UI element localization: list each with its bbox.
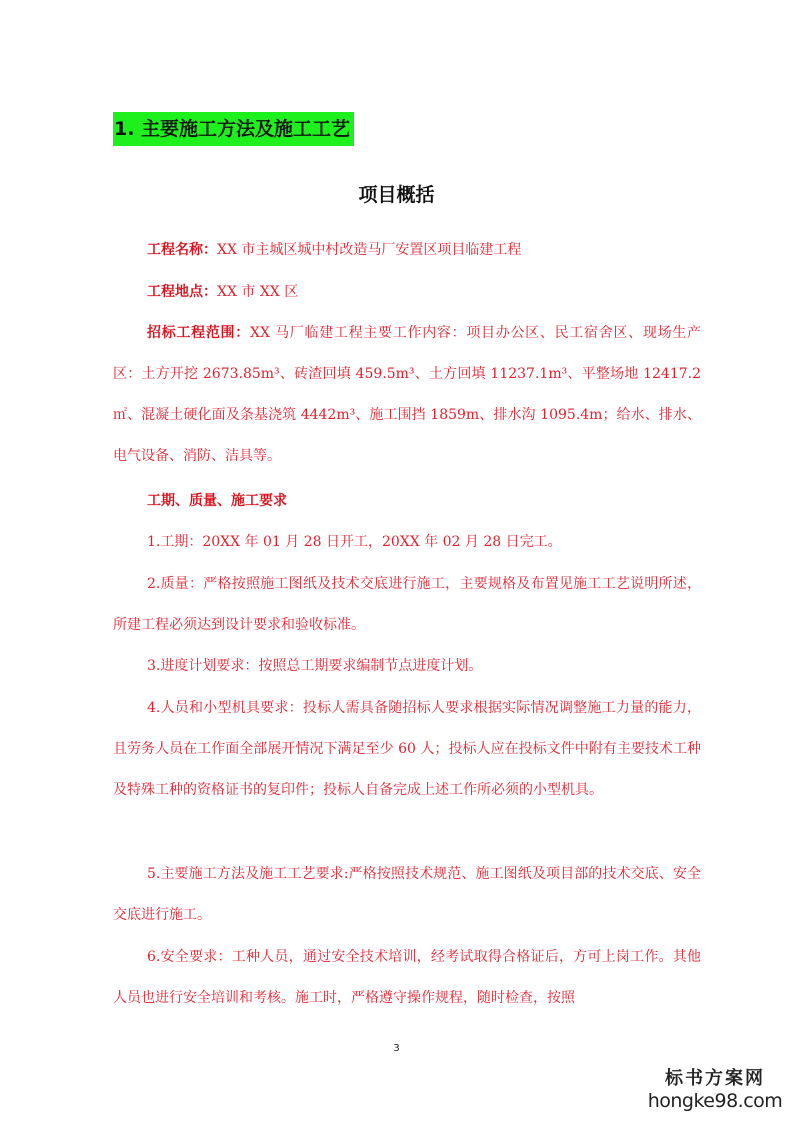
project-name-label: 工程名称： bbox=[147, 242, 217, 258]
requirements-heading: 工期、质量、施工要求 bbox=[113, 481, 701, 522]
requirement-item: 6.安全要求：工种人员，通过安全技术培训，经考试取得合格证后，方可上岗工作。其他… bbox=[113, 937, 701, 1019]
tender-scope-value: XX 马厂临建工程主要工作内容：项目办公区、民工宿舍区、现场生产区：土方开挖 2… bbox=[113, 325, 701, 464]
watermark: 标书方案网 hongke98.com bbox=[640, 1068, 790, 1112]
project-location-label: 工程地点： bbox=[147, 284, 217, 300]
requirement-item: 3.进度计划要求：按照总工期要求编制节点进度计划。 bbox=[113, 646, 701, 687]
section-heading: 1. 主要施工方法及施工工艺 bbox=[113, 112, 354, 146]
watermark-title: 标书方案网 bbox=[640, 1068, 790, 1090]
tender-scope-label: 招标工程范围： bbox=[147, 325, 250, 341]
document-page: 1. 主要施工方法及施工工艺 项目概括 工程名称：XX 市主城区城中村改造马厂安… bbox=[0, 0, 793, 1122]
page-number: 3 bbox=[0, 1043, 793, 1054]
requirement-item: 4.人员和小型机具要求：投标人需具备随招标人要求根据实际情况调整施工力量的能力，… bbox=[113, 688, 701, 811]
requirement-item: 5.主要施工方法及施工工艺要求:严格按照技术规范、施工图纸及项目部的技术交底、安… bbox=[113, 854, 701, 936]
project-location: 工程地点：XX 市 XX 区 bbox=[113, 272, 701, 313]
page-title: 项目概括 bbox=[0, 180, 793, 207]
requirement-item: 1.工期：20XX 年 01 月 28 日开工，20XX 年 02 月 28 日… bbox=[113, 522, 701, 563]
project-name-value: XX 市主城区城中村改造马厂安置区项目临建工程 bbox=[217, 242, 521, 258]
requirement-item: 2.质量：严格按照施工图纸及技术交底进行施工，主要规格及布置见施工工艺说明所述，… bbox=[113, 564, 701, 646]
project-name: 工程名称：XX 市主城区城中村改造马厂安置区项目临建工程 bbox=[113, 230, 701, 271]
watermark-url: hongke98.com bbox=[640, 1090, 790, 1112]
project-location-value: XX 市 XX 区 bbox=[217, 284, 298, 300]
tender-scope: 招标工程范围：XX 马厂临建工程主要工作内容：项目办公区、民工宿舍区、现场生产区… bbox=[113, 313, 701, 477]
